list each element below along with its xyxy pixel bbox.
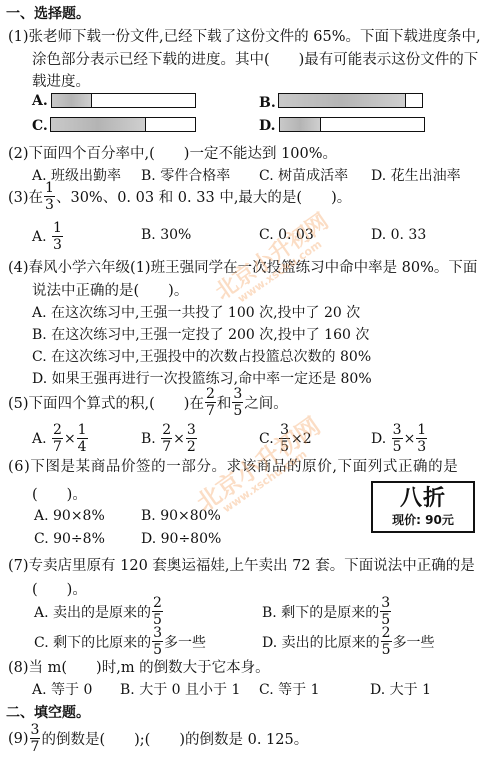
q8-option-b: B. 大于 0 且小于 1 [120,679,240,699]
fraction: 35 [152,626,163,657]
price-tag: 八折 现价: 90元 [371,481,475,533]
q4-option-c: C. 在这次练习中,王强投中的次数占投篮总次数的 80% [32,346,371,366]
q9-fraction: 37 [30,723,41,754]
q1-option-d-progress-bar [279,117,425,132]
q6-option-b: B. 90×80% [141,508,221,524]
q3-option-a-fraction: 13 [52,221,63,252]
q1-line1: (1)张老师下载一份文件,已经下载了这份文件的 65%。下面下载进度条中, [8,25,481,46]
q6-line1: (6)下图是某商品价签的一部分。求该商品的原价,下面列式正确的是 [8,455,458,476]
q3-option-a: A. 13 [32,221,64,252]
fraction: 35 [380,596,391,627]
q2-option-d: D. 花生出油率 [371,165,461,185]
fraction: 35 [392,423,403,454]
q3-option-b: B. 30% [141,227,191,243]
section-title-choice: 一、选择题。 [6,3,90,23]
q5-option-d: D. 35 × 13 [371,423,428,454]
q3-suffix: 、30%、0. 03 和 0. 33 中,最大的是( )。 [56,186,351,207]
worksheet-page: 一、选择题。 (1)张老师下载一份文件,已经下载了这份文件的 65%。下面下载进… [0,0,486,763]
fraction: 14 [77,423,88,454]
q7-option-b: B. 剩下的是原来的 35 [262,596,392,627]
q6-option-c: C. 90÷8% [34,531,105,547]
q4-line2: 说法中正确的是( )。 [32,279,188,300]
q5-stem: (5)下面四个算式的积,( )在 27 和 35 之间。 [8,387,288,418]
q8-option-a: A. 等于 0 [32,679,92,699]
price-tag-current-price: 现价: 90元 [373,512,473,528]
q5-fraction-1: 27 [205,387,216,418]
q7-option-a: A. 卖出的是原来的 25 [34,596,164,627]
q1-line2: 涂色部分表示已经下载的进度。其中( )最有可能表示这份文件的下 [32,48,478,69]
q6-line2: ( )。 [32,483,87,504]
fraction: 27 [161,423,172,454]
q3-stem: (3)在 13 、30%、0. 03 和 0. 33 中,最大的是( )。 [8,181,351,212]
q5-fraction-2: 35 [232,387,243,418]
q5-option-a: A. 27 × 14 [32,423,89,454]
fraction: 25 [381,626,392,657]
progress-fill [52,94,92,107]
q1-option-b-label: B. [259,95,276,111]
q4-option-a: A. 在这次练习中,王强一共投了 100 次,投中了 20 次 [32,302,360,322]
progress-fill [280,118,321,131]
q1-line3: 载进度。 [32,70,90,91]
progress-fill [279,94,406,107]
q8-option-c: C. 等于 1 [259,679,319,699]
fraction: 32 [186,423,197,454]
q1-option-b-progress-bar [278,93,423,108]
q6-option-d: D. 90÷80% [141,531,221,547]
q6-option-a: A. 90×8% [34,508,105,524]
fraction: 25 [152,596,163,627]
q7-option-d: D. 卖出的比原来的 25 多一些 [262,626,435,657]
q2-stem: (2)下面四个百分率中,( )一定不能达到 100%。 [8,142,337,163]
q5-option-c: C. 35 ×2 [259,423,312,454]
price-tag-discount: 八折 [373,486,473,512]
section-title-fill-blank: 二、填空题。 [6,702,90,722]
q3-fraction: 13 [44,181,55,212]
q1-option-a-label: A. [32,93,48,109]
q7-line1: (7)专卖店里原有 120 套奥运福娃,上午卖出 72 套。下面说法中正确的是 [8,554,475,575]
fraction: 35 [279,423,290,454]
q1-option-c-label: C. [32,118,48,134]
q8-stem: (8)当 m( )时,m 的倒数大于它本身。 [8,656,270,677]
q1-option-a-progress-bar [51,93,196,108]
q8-option-d: D. 大于 1 [370,679,431,699]
q3-prefix: (3)在 [8,186,43,207]
q3-option-d: D. 0. 33 [371,227,426,243]
q4-line1: (4)春风小学六年级(1)班王强同学在一次投篮练习中命中率是 80%。下面 [8,256,477,277]
fraction: 13 [416,423,427,454]
q5-option-b: B. 27 × 32 [141,423,198,454]
fraction: 27 [52,423,63,454]
q1-option-d-label: D. [259,118,276,134]
q4-option-b: B. 在这次练习中,王强一定投了 200 次,投中了 160 次 [32,324,369,344]
progress-fill [51,118,146,131]
q1-option-c-progress-bar [50,117,196,132]
q9-stem: (9) 37 的倒数是( );( )的倒数是 0. 125。 [8,723,308,754]
q4-option-d: D. 如果王强再进行一次投篮练习,命中率一定还是 80% [32,368,372,388]
q3-option-c: C. 0. 03 [259,227,314,243]
q7-option-c: C. 剩下的比原来的 35 多一些 [34,626,206,657]
